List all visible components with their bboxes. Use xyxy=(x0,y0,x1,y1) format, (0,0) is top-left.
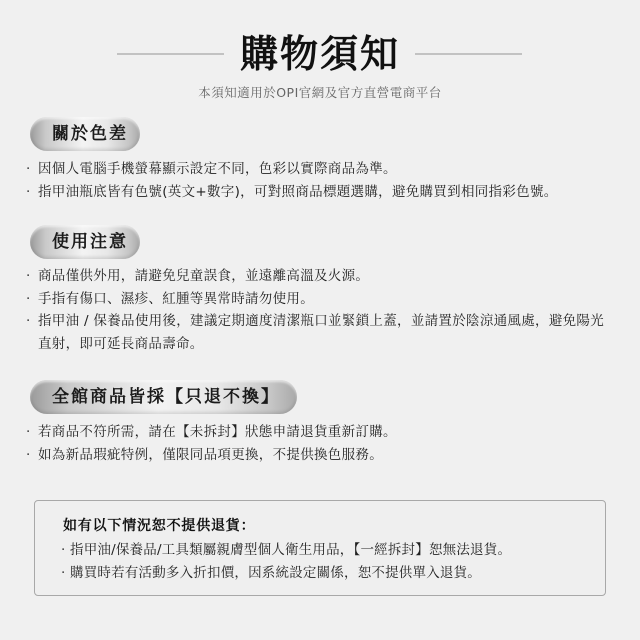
list-item: ·因個人電腦手機螢幕顯示設定不同，色彩以實際商品為準。 xyxy=(24,158,624,181)
notice-heading: 如有以下情況恕不提供退貨： xyxy=(63,515,255,537)
bullet-icon: · xyxy=(26,421,31,444)
notice-list: ·指甲油/保養品/工具類屬親膚型個人衛生用品，【一經拆封】恕無法退貨。 ·購買時… xyxy=(61,539,601,585)
no-return-notice-box: 如有以下情況恕不提供退貨： ·指甲油/保養品/工具類屬親膚型個人衛生用品，【一經… xyxy=(34,500,606,596)
bullet-icon: · xyxy=(26,288,31,311)
color-difference-list: ·因個人電腦手機螢幕顯示設定不同，色彩以實際商品為準。 ·指甲油瓶底皆有色號(英… xyxy=(24,158,624,203)
shopping-notice-page: 購物須知 本須知適用於OPI官網及官方直營電商平台 關於色差 ·因個人電腦手機螢… xyxy=(0,0,640,640)
bullet-icon: · xyxy=(26,444,31,467)
bullet-icon: · xyxy=(26,158,31,181)
section-badge-usage-notes: 使用注意 xyxy=(30,225,140,259)
return-policy-list: ·若商品不符所需，請在【未拆封】狀態申請退貨重新訂購。 ·如為新品瑕疵特例，僅限… xyxy=(24,421,624,466)
section-badge-return-only: 全館商品皆採【只退不換】 xyxy=(30,380,297,414)
list-item: ·如為新品瑕疵特例，僅限同品項更換，不提供換色服務。 xyxy=(24,444,624,467)
page-subtitle: 本須知適用於OPI官網及官方直營電商平台 xyxy=(0,85,640,101)
bullet-icon: · xyxy=(61,562,66,585)
usage-notes-list: ·商品僅供外用，請避免兒童誤食，並遠離高溫及火源。 ·手指有傷口、濕疹、紅腫等異… xyxy=(24,265,624,355)
page-title: 購物須知 xyxy=(0,28,640,80)
bullet-icon: · xyxy=(26,265,31,288)
list-item: ·商品僅供外用，請避免兒童誤食，並遠離高溫及火源。 xyxy=(24,265,624,288)
section-badge-color-difference: 關於色差 xyxy=(30,117,140,151)
list-item: ·指甲油瓶底皆有色號(英文+數字)，可對照商品標題選購，避免購買到相同指彩色號。 xyxy=(24,181,624,204)
bullet-icon: · xyxy=(26,181,31,204)
list-item: ·指甲油 / 保養品使用後，建議定期適度清潔瓶口並緊鎖上蓋，並請置於陰涼通風處，… xyxy=(24,310,614,355)
bullet-icon: · xyxy=(61,539,66,562)
list-item: ·手指有傷口、濕疹、紅腫等異常時請勿使用。 xyxy=(24,288,624,311)
bullet-icon: · xyxy=(26,310,31,333)
list-item: ·購買時若有活動多入折扣價，因系統設定關係，恕不提供單入退貨。 xyxy=(61,562,601,585)
list-item: ·若商品不符所需，請在【未拆封】狀態申請退貨重新訂購。 xyxy=(24,421,624,444)
list-item: ·指甲油/保養品/工具類屬親膚型個人衛生用品，【一經拆封】恕無法退貨。 xyxy=(61,539,601,562)
